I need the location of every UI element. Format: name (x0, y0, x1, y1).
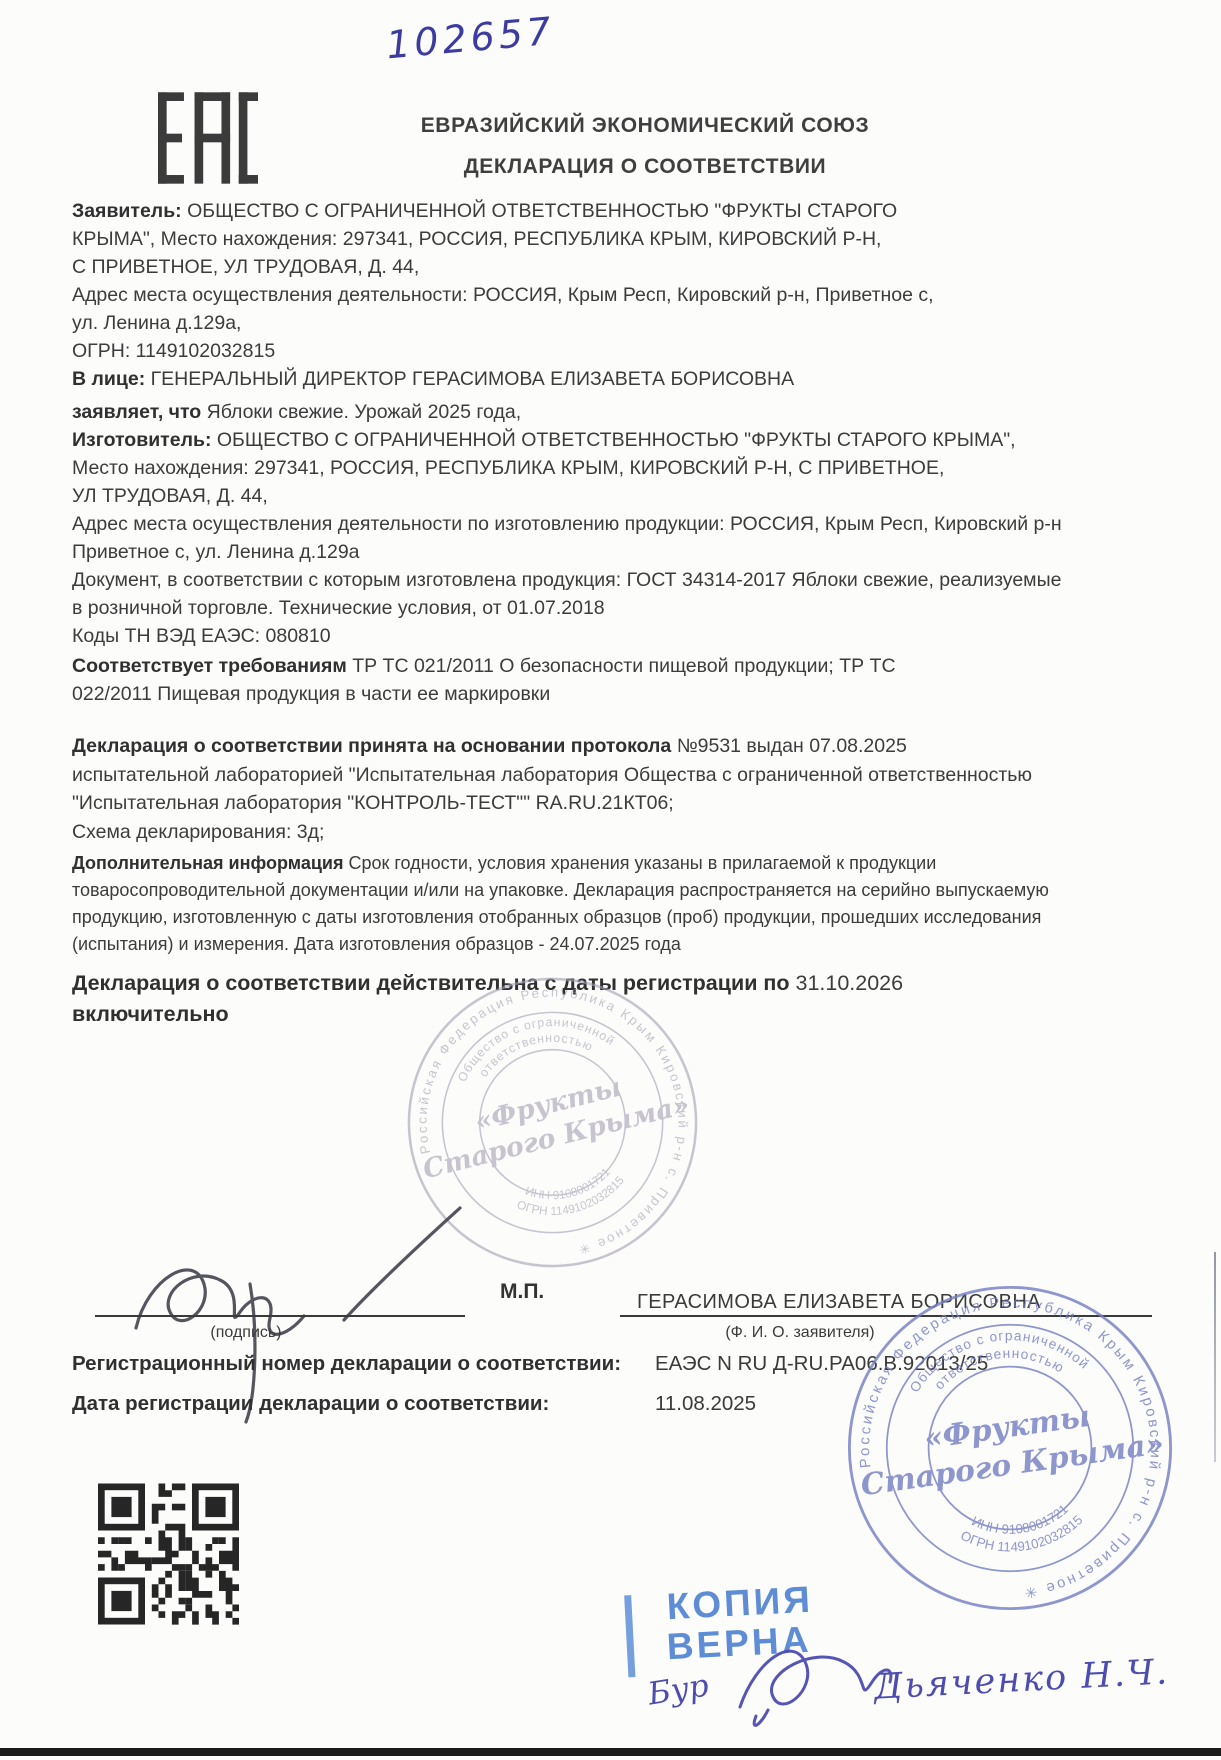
text-line: Коды ТН ВЭД ЕАЭС: 080810 (72, 622, 1164, 650)
text-line: ОГРН: 1149102032815 (72, 337, 1164, 365)
registration-date-value: 11.08.2025 (655, 1392, 756, 1416)
text-line: продукцию, изготовленную с даты изготовл… (72, 904, 1164, 931)
text-line: Декларация о соответствии принята на осн… (72, 732, 1164, 761)
copy-stamp-bar (624, 1595, 635, 1677)
text-line: Адрес места осуществления деятельности п… (72, 510, 1164, 538)
text-line: Заявитель: ОБЩЕСТВО С ОГРАНИЧЕННОЙ ОТВЕТ… (72, 197, 1164, 225)
text-line: С ПРИВЕТНОЕ, УЛ ТРУДОВАЯ, Д. 44, (72, 253, 1164, 281)
svg-text:ОГРН 1149102032815: ОГРН 1149102032815 (512, 1171, 632, 1229)
text-line: Схема декларирования: 3д; (72, 818, 1164, 847)
text-line: ул. Ленина д.129а, (72, 309, 1164, 337)
text-line: 022/2011 Пищевая продукция в части ее ма… (72, 680, 1164, 708)
text-line: испытательной лабораторией "Испытательна… (72, 761, 1164, 790)
text-line: Документ, в соответствии с которым изгот… (72, 566, 1164, 594)
text-line: Соответствует требованиям ТР ТС 021/2011… (72, 652, 1164, 680)
qr-code (98, 1483, 239, 1625)
scan-bottom-bar (0, 1748, 1221, 1756)
compliance-paragraph: Соответствует требованиям ТР ТС 021/2011… (72, 652, 1164, 708)
applicant-paragraph: Заявитель: ОБЩЕСТВО С ОГРАНИЧЕННОЙ ОТВЕТ… (72, 197, 1164, 393)
text-line: в розничной торговле. Технические услови… (72, 594, 1164, 622)
basis-paragraph: Декларация о соответствии принята на осн… (72, 732, 1164, 846)
declaration-document: 102657 ЕВРАЗИЙСКИЙ ЭКОНОМИЧЕСКИЙ СОЮЗ ДЕ… (0, 0, 1221, 1760)
declaration-paragraph: заявляет, что Яблоки свежие. Урожай 2025… (72, 398, 1164, 650)
text-line: Дополнительная информация Срок годности,… (72, 850, 1164, 877)
text-line: Изготовитель: ОБЩЕСТВО С ОГРАНИЧЕННОЙ ОТ… (72, 426, 1164, 454)
stamp-ogrn-text: ОГРН 1149102032815 (512, 1171, 632, 1229)
text-line: товаросопроводительной документации и/ил… (72, 877, 1164, 904)
round-stamp-blue: Российская Федерация Республика Крым Кир… (824, 1262, 1197, 1635)
signature-caption: (подпись) (146, 1324, 346, 1342)
text-line: УЛ ТРУДОВАЯ, Д. 44, (72, 482, 1164, 510)
text-line: В лице: ГЕНЕРАЛЬНЫЙ ДИРЕКТОР ГЕРАСИМОВА … (72, 365, 1164, 393)
text-line: заявляет, что Яблоки свежие. Урожай 2025… (72, 398, 1164, 426)
document-title: ДЕКЛАРАЦИЯ О СООТВЕТСТВИИ (225, 155, 1065, 179)
handwritten-bottom-name: Дьяченко Н.Ч. (873, 1652, 1170, 1707)
text-line: "Испытательная лаборатория "КОНТРОЛЬ-ТЕС… (72, 789, 1164, 818)
text-line: Место нахождения: 297341, РОССИЯ, РЕСПУБ… (72, 454, 1164, 482)
registration-date-label: Дата регистрации декларации о соответств… (72, 1392, 549, 1416)
scan-edge-line (1214, 1252, 1216, 1462)
handwritten-number: 102657 (384, 9, 556, 68)
mp-label: М.П. (500, 1280, 544, 1304)
union-title: ЕВРАЗИЙСКИЙ ЭКОНОМИЧЕСКИЙ СОЮЗ (225, 114, 1065, 138)
text-line: КРЫМА", Место нахождения: 297341, РОССИЯ… (72, 225, 1164, 253)
additional-info-paragraph: Дополнительная информация Срок годности,… (72, 850, 1164, 958)
text-line: Приветное с, ул. Ленина д.129а (72, 538, 1164, 566)
signature-line (95, 1315, 465, 1317)
text-line: Адрес места осуществления деятельности: … (72, 281, 1164, 309)
registration-number-label: Регистрационный номер декларации о соотв… (72, 1352, 621, 1376)
